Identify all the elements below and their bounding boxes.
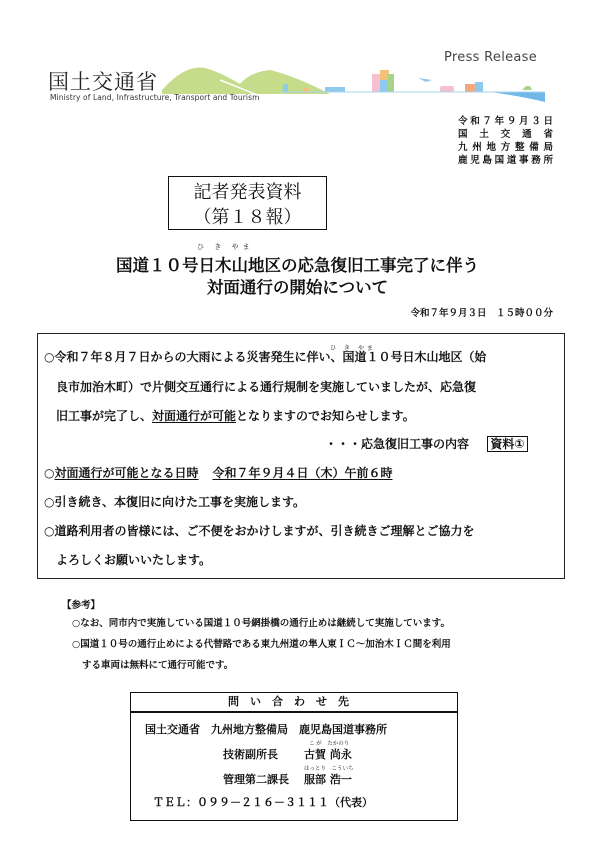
reference-text: ・・・応急復旧工事の内容 [325, 437, 469, 451]
person1-title: 技術副所長 [223, 746, 278, 762]
headline-line1: 国道１０号日木山地区の応急復旧工事完了に伴う [0, 252, 595, 276]
paragraph-2: ○対面通行が可能となる日時令和７年９月４日（木）午前６時 [44, 464, 393, 481]
contact-box: 問い合わせ先 国土交通省 九州地方整備局 鹿児島国道事務所 こ が たかのり 技… [130, 692, 458, 821]
attachment-label: 資料① [487, 436, 527, 452]
text: 旧工事が完了し、 [56, 409, 152, 423]
text: となりますのでお知らせします。 [236, 409, 415, 423]
issuer-line: 鹿児島国道事務所 [458, 154, 553, 167]
issuer-line: 九州地方整備局 [458, 141, 553, 154]
underlined-text: 対面通行が可能 [152, 409, 236, 423]
main-content-box: ひ き やま ○令和７年８月７日からの大雨による災害発生に伴い、国道１０号日木山… [37, 333, 565, 579]
person2-title: 管理第二課長 [223, 771, 289, 787]
contact-org: 国土交通省 九州地方整備局 鹿児島国道事務所 [145, 721, 387, 737]
reference-item: ○国道１０号の通行止めによる代替路である東九州道の隼人東ＩＣ～加治木ＩＣ間を利用 [72, 636, 451, 650]
issuer-line: 国土交通省 [458, 128, 553, 141]
doc-type-title: 記者発表資料 [169, 180, 326, 205]
doc-type-box: 記者発表資料 （第１８報） [168, 176, 327, 230]
headline-ruby: ひ き やま [197, 242, 253, 252]
paragraph-4-line-1: ○道路利用者の皆様には、ご不便をおかけしますが、引き続きご理解とご協力を [44, 522, 474, 539]
person2-name: 服部 浩一 [304, 771, 352, 787]
reference-item: ○なお、同市内で実施している国道１０号網掛橋の通行止めは継続して実施しています。 [72, 615, 450, 629]
contact-phone: ＴＥＬ：０９９－２１６－３１１１（代表） [153, 794, 373, 810]
paragraph-1-line-2: 良市加治木町）で片側交互通行による通行規制を実施していましたが、応急復 [56, 378, 476, 395]
bullet: ○ [44, 466, 54, 480]
person1-name: 古賀 尚永 [304, 746, 352, 762]
contact-title: 問い合わせ先 [131, 693, 457, 713]
paragraph-3: ○引き続き、本復旧に向けた工事を実施します。 [44, 493, 305, 510]
reference-item: する車両は無料にて通行可能です。 [82, 657, 233, 671]
paragraph-1-line-1: ○令和７年８月７日からの大雨による災害発生に伴い、国道１０号日木山地区（姶 [44, 348, 486, 365]
opening-time-value: 令和７年９月４日（木）午前６時 [213, 466, 393, 480]
reference-title: 【参考】 [62, 597, 100, 611]
ministry-logo-jp: 国土交通省 [48, 66, 158, 96]
issuer-block: 令和７年９月３日 国土交通省 九州地方整備局 鹿児島国道事務所 [458, 115, 553, 167]
release-timestamp: 令和７年９月３日 １５時００分 [410, 305, 553, 319]
issue-date: 令和７年９月３日 [458, 115, 553, 128]
paragraph-1-line-3: 旧工事が完了し、対面通行が可能となりますのでお知らせします。 [56, 407, 415, 424]
opening-time-label: 対面通行が可能となる日時 [54, 466, 198, 480]
reference-note: ・・・応急復旧工事の内容 資料① [325, 435, 528, 452]
banner-illustration [160, 52, 555, 102]
headline-line2: 対面通行の開始について [0, 274, 595, 298]
doc-type-number: （第１８報） [169, 205, 326, 230]
paragraph-4-line-2: よろしくお願いいたします。 [56, 551, 211, 568]
